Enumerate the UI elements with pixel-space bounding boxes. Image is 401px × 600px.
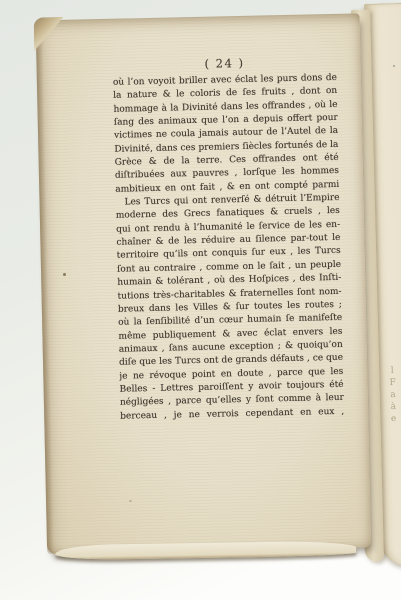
page-number: ( 24 ) bbox=[112, 54, 336, 73]
show-through-mark: l bbox=[385, 366, 399, 376]
show-through-marks: lFaàe bbox=[385, 366, 401, 424]
paper-speck bbox=[63, 273, 66, 276]
deckle-left-edge bbox=[36, 20, 55, 554]
folded-corner bbox=[34, 17, 65, 52]
body-text: où l’on voyoit briller avec éclat les pu… bbox=[113, 72, 345, 424]
paper-speck bbox=[129, 500, 132, 502]
book-photo: lFaàe ( 24 ) où l’on voyoit briller avec… bbox=[0, 0, 401, 600]
show-through-mark: a bbox=[386, 390, 400, 400]
paper-speck bbox=[393, 65, 395, 67]
show-through-mark: à bbox=[386, 402, 400, 412]
torn-bottom-edge bbox=[55, 540, 357, 560]
show-through-mark: F bbox=[386, 378, 400, 388]
book-page: ( 24 ) où l’on voyoit briller avec éclat… bbox=[36, 13, 372, 554]
show-through-mark: e bbox=[387, 414, 401, 424]
